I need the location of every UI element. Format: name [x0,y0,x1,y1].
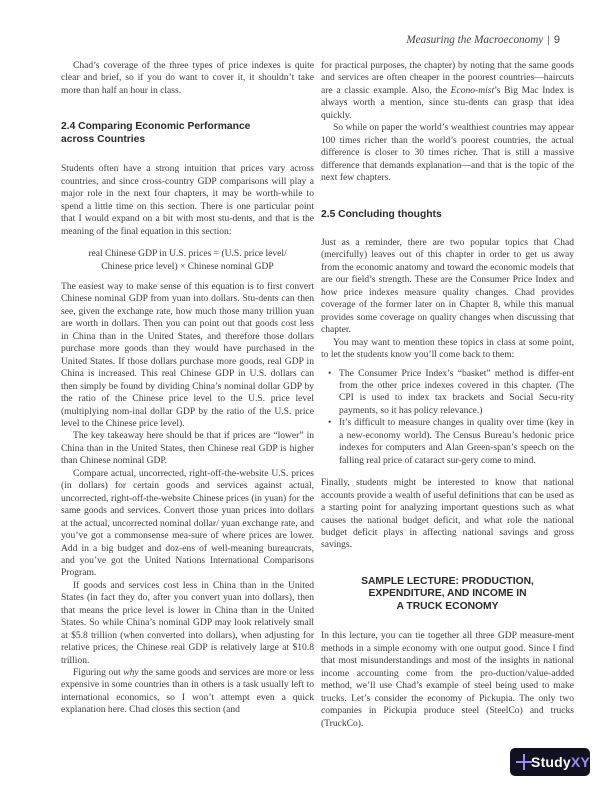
chapter-title: Measuring the Macroeconomy [406,34,543,46]
paragraph: If goods and services cost less in China… [61,580,314,667]
plus-icon [516,754,526,770]
sample-lecture-heading: SAMPLE LECTURE: PRODUCTION, EXPENDITURE,… [321,576,574,614]
lecture-heading-line1: SAMPLE LECTURE: PRODUCTION, [361,576,534,587]
bullet-list: The Consumer Price Index’s “basket” meth… [321,368,574,468]
studyxy-watermark-badge[interactable]: StudyXY [510,748,590,776]
paragraph: Finally, students might be interested to… [321,477,574,552]
emphasis: why [123,667,138,678]
paragraph: Just as a reminder, there are two popula… [321,237,574,337]
brand-accent: XY [571,754,590,770]
paragraph: So while on paper the world’s wealthiest… [321,122,574,184]
section-heading-2-4: 2.4 Comparing Economic Performance acros… [61,121,314,146]
paragraph: Figuring out why the same goods and serv… [61,667,314,717]
lecture-heading-line3: A TRUCK ECONOMY [396,601,498,612]
text-run: Figuring out [73,667,123,678]
page-number: 9 [554,34,560,46]
paragraph-continued: for practical purposes, the chapter) by … [321,60,574,122]
equation: real Chinese GDP in U.S. prices = (U.S. … [61,248,314,273]
paragraph: The easiest way to make sense of this eq… [61,281,314,430]
equation-line2: Chinese price level) × Chinese nominal G… [101,261,273,272]
running-head: Measuring the Macroeconomy|9 [406,34,560,46]
bullet-item: The Consumer Price Index’s “basket” meth… [339,368,574,418]
left-column: Chad’s coverage of the three types of pr… [61,60,314,717]
paragraph: Compare actual, uncorrected, right-off-t… [61,468,314,580]
paragraph: In this lecture, you can tie together al… [321,630,574,730]
header-separator: | [547,35,550,46]
emphasis: Econo-mist [451,85,494,96]
lecture-heading-line2: EXPENDITURE, AND INCOME IN [368,588,526,599]
paragraph: Students often have a strong intuition t… [61,163,314,238]
equation-line1: real Chinese GDP in U.S. prices = (U.S. … [88,248,286,259]
section-heading-line2: across Countries [61,134,145,145]
brand-name: StudyXY [531,754,590,770]
paragraph: You may want to mention these topics in … [321,337,574,362]
section-heading-2-5: 2.5 Concluding thoughts [321,209,574,222]
section-heading-line1: 2.4 Comparing Economic Performance [61,121,250,132]
brand-main: Study [531,754,571,770]
bullet-item: It’s difficult to measure changes in qua… [339,417,574,467]
intro-paragraph: Chad’s coverage of the three types of pr… [61,60,314,97]
right-column: for practical purposes, the chapter) by … [321,60,574,730]
paragraph: The key takeaway here should be that if … [61,430,314,467]
